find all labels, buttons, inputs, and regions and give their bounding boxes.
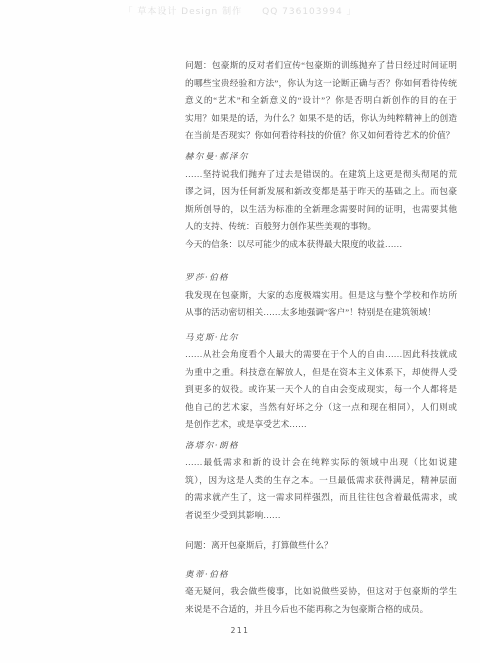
- question-paragraph: 问题：包豪斯的反对者们宣传“包豪斯的训练抛弃了昔日经过时间证明的哪些宝贵经验和方…: [185, 57, 457, 145]
- watermark: 「 草本设计 Design 制作 QQ 736103994 」: [0, 4, 480, 17]
- text-line: 他自己的艺术家，当然有好坏之分（这一点和现在相同），人们则或: [185, 399, 457, 417]
- text-line: 的需求就产生了，这一需求同样强烈，而且往往包含着最低需求，或: [185, 489, 457, 507]
- text-line: ……坚持说我们抛弃了过去是错误的。在建筑上这更是彻头彻尾的荒: [185, 166, 457, 184]
- speaker-paragraph: 毫无疑问，我会做些傻事，比如说做些妥协，但这对于包豪斯的学生来说是不合适的，并且…: [185, 583, 457, 618]
- text-line: 筑），因为这是人类的生存之本。一旦最低需求获得满足，精神层面: [185, 472, 457, 490]
- speaker-block-haeuszer: 赫尔曼·郝泽尔 ……坚持说我们抛弃了过去是错误的。在建筑上这更是彻头彻尾的荒谬之…: [185, 148, 457, 253]
- speaker-name: 洛塔尔·朗格: [185, 437, 457, 455]
- text-line: 今天的信条：以尽可能少的成本获得最大限度的收益……: [185, 236, 457, 254]
- speaker-name: 罗莎·伯格: [185, 269, 457, 287]
- text-line: 者说至少受到其影响……: [185, 507, 457, 525]
- text-line: 问题：包豪斯的反对者们宣传“包豪斯的训练抛弃了昔日经过时间证明: [185, 57, 457, 75]
- text-line: 来说是不合适的，并且今后也不能再称之为包豪斯合格的成员。: [185, 601, 457, 619]
- speaker-paragraph: ……坚持说我们抛弃了过去是错误的。在建筑上这更是彻头彻尾的荒谬之词，因为任何新发…: [185, 166, 457, 236]
- speaker-paragraph: 我发现在包豪斯，大家的态度极端实用。但是这与整个学校和作坊所从事的活动密切相关……: [185, 287, 457, 322]
- text-line: 在当前是否现实？你如何看待科技的价值？你又如何看待艺术的价值？: [185, 127, 457, 145]
- text-line: 我发现在包豪斯，大家的态度极端实用。但是这与整个学校和作坊所: [185, 287, 457, 305]
- text-line: 是创作艺术，或是享受艺术……: [185, 416, 457, 434]
- speaker-block-max-bill: 马克斯·比尔 ……从社会角度看个人最大的需要在于个人的自由……因此科技就成为重中…: [185, 329, 457, 434]
- text-line: 谬之词，因为任何新发展和新改变都是基于昨天的基础之上。而包豪: [185, 183, 457, 201]
- speaker-block-lothar-lang: 洛塔尔·朗格 ……最低需求和新的设计会在纯粹实际的领域中出现（比如说建筑），因为…: [185, 437, 457, 525]
- book-page: 「 草本设计 Design 制作 QQ 736103994 」 问题：包豪斯的反…: [0, 0, 480, 663]
- speaker-paragraph: 今天的信条：以尽可能少的成本获得最大限度的收益……: [185, 236, 457, 254]
- speaker-paragraph: ……最低需求和新的设计会在纯粹实际的领域中出现（比如说建筑），因为这是人类的生存…: [185, 454, 457, 524]
- text-line: ……从社会角度看个人最大的需要在于个人的自由……因此科技就成: [185, 346, 457, 364]
- speaker-block-rosa-berger: 罗莎·伯格 我发现在包豪斯，大家的态度极端实用。但是这与整个学校和作坊所从事的活…: [185, 269, 457, 322]
- question-block-1: 问题：包豪斯的反对者们宣传“包豪斯的训练抛弃了昔日经过时间证明的哪些宝贵经验和方…: [185, 57, 457, 145]
- text-line: 人的支持、传统：百般努力创作某些美观的事物。: [185, 218, 457, 236]
- speaker-name: 马克斯·比尔: [185, 329, 457, 347]
- text-line: 斯所创导的，以生活为标准的全新理念需要时间的证明，也需要其他: [185, 201, 457, 219]
- speaker-name: 奥蒂·伯格: [185, 566, 457, 584]
- text-line: 意义的“艺术”和全新意义的“设计”？你是否明白新创作的目的在于: [185, 92, 457, 110]
- question-block-2: 问题：离开包豪斯后，打算做些什么？: [185, 537, 457, 555]
- text-line: ……最低需求和新的设计会在纯粹实际的领域中出现（比如说建: [185, 454, 457, 472]
- speaker-block-otti-berger: 奥蒂·伯格 毫无疑问，我会做些傻事，比如说做些妥协，但这对于包豪斯的学生来说是不…: [185, 566, 457, 619]
- text-line: 问题：离开包豪斯后，打算做些什么？: [185, 537, 457, 555]
- page-number: 211: [0, 626, 480, 635]
- text-line: 毫无疑问，我会做些傻事，比如说做些妥协，但这对于包豪斯的学生: [185, 583, 457, 601]
- text-line: 实用？如果是的话，为什么？如果不是的话，你认为纯粹精神上的创造: [185, 110, 457, 128]
- text-line: 从事的活动密切相关……太多地强调“客户”！特别是在建筑领域！: [185, 304, 457, 322]
- question-paragraph: 问题：离开包豪斯后，打算做些什么？: [185, 537, 457, 555]
- speaker-paragraph: ……从社会角度看个人最大的需要在于个人的自由……因此科技就成为重中之重。科技意在…: [185, 346, 457, 434]
- text-line: 到更多的奴役。或许某一天个人的自由会变成现实，每一个人都将是: [185, 381, 457, 399]
- text-line: 为重中之重。科技意在解放人，但是在资本主义体系下，却使得人受: [185, 364, 457, 382]
- text-line: 的哪些宝贵经验和方法”，你认为这一论断正确与否？你如何看待传统: [185, 75, 457, 93]
- speaker-name: 赫尔曼·郝泽尔: [185, 148, 457, 166]
